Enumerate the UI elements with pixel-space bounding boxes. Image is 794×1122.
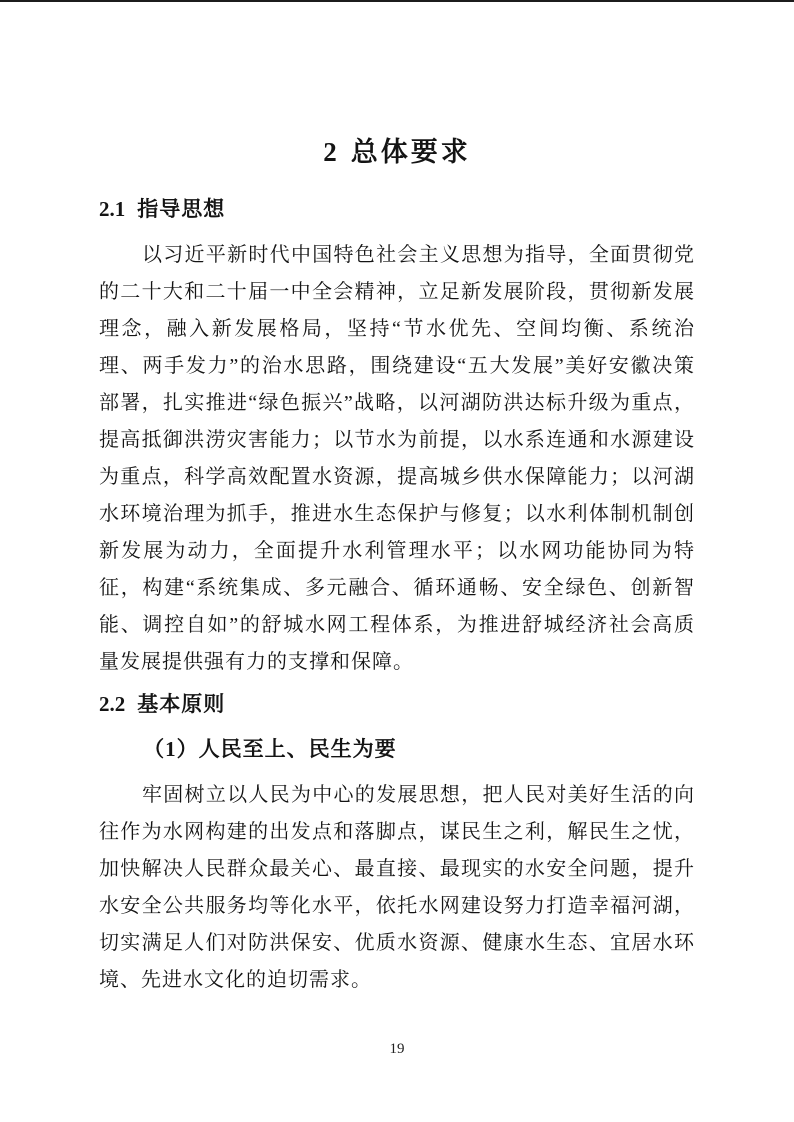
- section-number: 2.1: [99, 197, 125, 221]
- section-title: 基本原则: [137, 693, 225, 716]
- section-heading-2-2: 2.2基本原则: [99, 690, 695, 719]
- section-heading-2-1: 2.1指导思想: [99, 195, 695, 224]
- section-2-2-paragraph: 牢固树立以人民为中心的发展思想，把人民对美好生活的向往作为水网构建的出发点和落脚…: [99, 777, 695, 999]
- section-2-1-paragraph: 以习近平新时代中国特色社会主义思想为指导，全面贯彻党的二十大和二十届一中全会精神…: [99, 237, 695, 681]
- chapter-number: 2: [323, 137, 337, 167]
- subsection-heading-1: （1）人民至上、民生为要: [99, 734, 695, 764]
- chapter-title-text: 总体要求: [351, 137, 471, 167]
- page-number: 19: [0, 1041, 794, 1058]
- chapter-title: 2总体要求: [99, 133, 695, 171]
- section-title: 指导思想: [137, 198, 225, 221]
- document-page: 2总体要求 2.1指导思想 以习近平新时代中国特色社会主义思想为指导，全面贯彻党…: [0, 0, 794, 1122]
- section-number: 2.2: [99, 692, 125, 716]
